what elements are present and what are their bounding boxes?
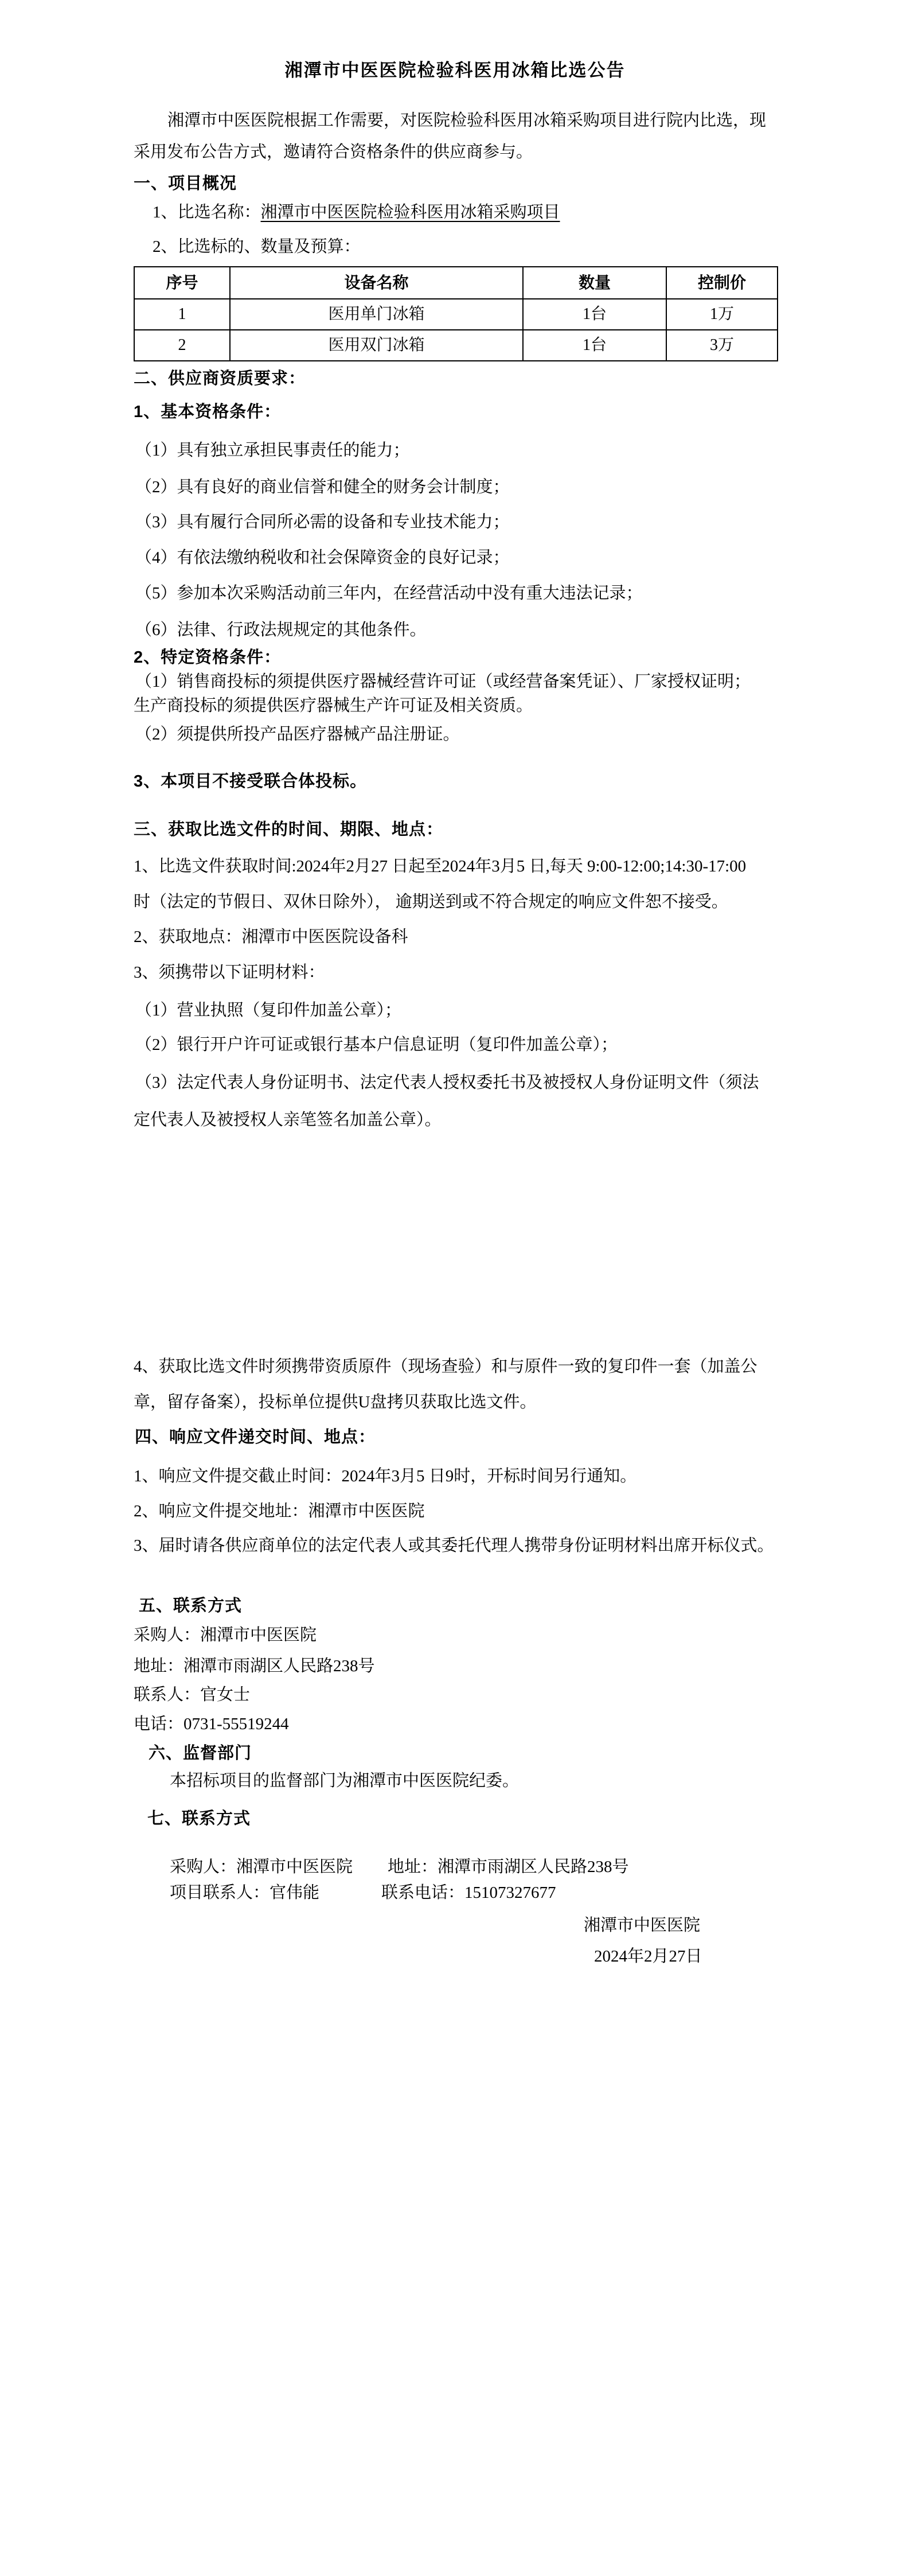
section4-item2: 2、响应文件提交地址：湘潭市中医医院	[134, 1501, 425, 1521]
col-header-qty: 数量	[523, 267, 666, 299]
col-header-device: 设备名称	[230, 267, 523, 299]
col-header-price: 控制价	[666, 267, 778, 299]
required-doc-2: （2）银行开户许可证或银行基本户信息证明（复印件加盖公章）；	[135, 1035, 618, 1054]
cell-price: 1万	[666, 299, 778, 330]
cell-qty: 1台	[523, 299, 666, 330]
section5-heading: 五、联系方式	[139, 1596, 242, 1616]
section3-item2: 2、获取地点：湘潭市中医医院设备科	[134, 927, 408, 947]
intro-line-1: 湘潭市中医医院根据工作需要，对医院检验科医用冰箱采购项目进行院内比选，现	[167, 111, 766, 130]
basic-condition-6: （6）法律、行政法规规定的其他条件。	[135, 620, 427, 640]
special-condition-1-line-1: （1）销售商投标的须提供医疗器械经营许可证（或经营备案凭证）、厂家授权证明；	[135, 672, 751, 691]
cell-device: 医用双门冰箱	[230, 330, 523, 361]
section3-item4-line-2: 章，留存备案），投标单位提供U盘拷贝获取比选文件。	[134, 1392, 536, 1412]
section7-contact: 项目联系人：官伟能	[170, 1883, 381, 1902]
basic-condition-3: （3）具有履行合同所必需的设备和专业技术能力；	[135, 512, 510, 532]
budget-table: 序号 设备名称 数量 控制价 1 医用单门冰箱 1台 1万 2 医用双门冰箱 1…	[134, 266, 778, 361]
table-row: 1 医用单门冰箱 1台 1万	[134, 299, 778, 330]
signature-org: 湘潭市中医医院	[584, 1916, 700, 1935]
cell-price: 3万	[666, 330, 778, 361]
basic-condition-5: （5）参加本次采购活动前三年内，在经营活动中没有重大违法记录；	[135, 583, 643, 603]
section4-item1: 1、响应文件提交截止时间：2024年3月5 日9时，开标时间另行通知。	[134, 1466, 636, 1486]
section3-heading: 三、获取比选文件的时间、期限、地点：	[134, 820, 443, 839]
section3-item1-line-2: 时（法定的节假日、双休日除外）， 逾期送到或不符合规定的响应文件恕不接受。	[134, 892, 728, 912]
signature-date: 2024年2月27日	[594, 1947, 702, 1966]
section5-buyer: 采购人：湘潭市中医医院	[134, 1625, 317, 1645]
document-title: 湘潭市中医医院检验科医用冰箱比选公告	[0, 59, 910, 82]
section1-item2: 2、比选标的、数量及预算：	[153, 237, 361, 256]
section1-item1: 1、比选名称：湘潭市中医医院检验科医用冰箱采购项目	[153, 203, 560, 222]
basic-condition-4: （4）有依法缴纳税收和社会保障资金的良好记录；	[135, 548, 510, 567]
cell-device: 医用单门冰箱	[230, 299, 523, 330]
section7-row-1: 采购人：湘潭市中医医院地址：湘潭市雨湖区人民路238号	[170, 1857, 629, 1877]
item1-prefix: 1、比选名称：	[153, 203, 261, 221]
section2-heading: 二、供应商资质要求：	[134, 369, 306, 388]
section2-sub3-heading: 3、本项目不接受联合体投标。	[134, 772, 367, 791]
table-header-row: 序号 设备名称 数量 控制价	[134, 267, 778, 299]
cell-qty: 1台	[523, 330, 666, 361]
section5-phone: 电话：0731-55519244	[134, 1714, 289, 1734]
required-doc-3-line-2: 定代表人及被授权人亲笔签名加盖公章）。	[134, 1110, 442, 1130]
special-condition-1-line-2: 生产商投标的须提供医疗器械生产许可证及相关资质。	[134, 696, 533, 715]
section3-item3: 3、须携带以下证明材料：	[134, 963, 325, 982]
section4-item3: 3、届时请各供应商单位的法定代表人或其委托代理人携带身份证明材料出席开标仪式。	[134, 1536, 774, 1555]
section1-heading: 一、项目概况	[134, 174, 237, 193]
section7-address: 地址：湘潭市雨湖区人民路238号	[388, 1858, 629, 1876]
basic-condition-2: （2）具有良好的商业信誉和健全的财务会计制度；	[135, 477, 510, 497]
section7-buyer: 采购人：湘潭市中医医院	[170, 1857, 388, 1877]
section7-phone: 联系电话：15107327677	[381, 1884, 556, 1902]
section6-heading: 六、监督部门	[149, 1744, 252, 1763]
section2-sub1-heading: 1、基本资格条件：	[134, 402, 281, 422]
required-doc-1: （1）营业执照（复印件加盖公章）；	[135, 1001, 401, 1020]
section6-body: 本招标项目的监督部门为湘潭市中医医院纪委。	[170, 1771, 519, 1791]
section5-address: 地址：湘潭市雨湖区人民路238号	[134, 1656, 375, 1676]
section3-item4-line-1: 4、获取比选文件时须携带资质原件（现场查验）和与原件一致的复印件一套（加盖公	[134, 1357, 757, 1376]
basic-condition-1: （1）具有独立承担民事责任的能力；	[135, 441, 410, 460]
table-row: 2 医用双门冰箱 1台 3万	[134, 330, 778, 361]
section5-contact: 联系人：官女士	[134, 1685, 250, 1705]
document-page: 湘潭市中医医院检验科医用冰箱比选公告 湘潭市中医医院根据工作需要，对医院检验科医…	[0, 0, 910, 2576]
col-header-seq: 序号	[134, 267, 230, 299]
section2-sub2-heading: 2、特定资格条件：	[134, 648, 281, 667]
cell-seq: 1	[134, 299, 230, 330]
section4-heading: 四、响应文件递交时间、地点：	[135, 1427, 376, 1447]
section3-item1-line-1: 1、比选文件获取时间:2024年2月27 日起至2024年3月5 日,每天 9:…	[134, 857, 746, 876]
required-doc-3-line-1: （3）法定代表人身份证明书、法定代表人授权委托书及被授权人身份证明文件（须法	[135, 1073, 759, 1092]
cell-seq: 2	[134, 330, 230, 361]
intro-line-2: 采用发布公告方式，邀请符合资格条件的供应商参与。	[134, 142, 533, 162]
section7-heading: 七、联系方式	[147, 1809, 251, 1828]
section7-row-2: 项目联系人：官伟能联系电话：15107327677	[170, 1883, 556, 1902]
special-condition-2: （2）须提供所投产品医疗器械产品注册证。	[135, 725, 460, 744]
project-name: 湘潭市中医医院检验科医用冰箱采购项目	[261, 203, 560, 221]
